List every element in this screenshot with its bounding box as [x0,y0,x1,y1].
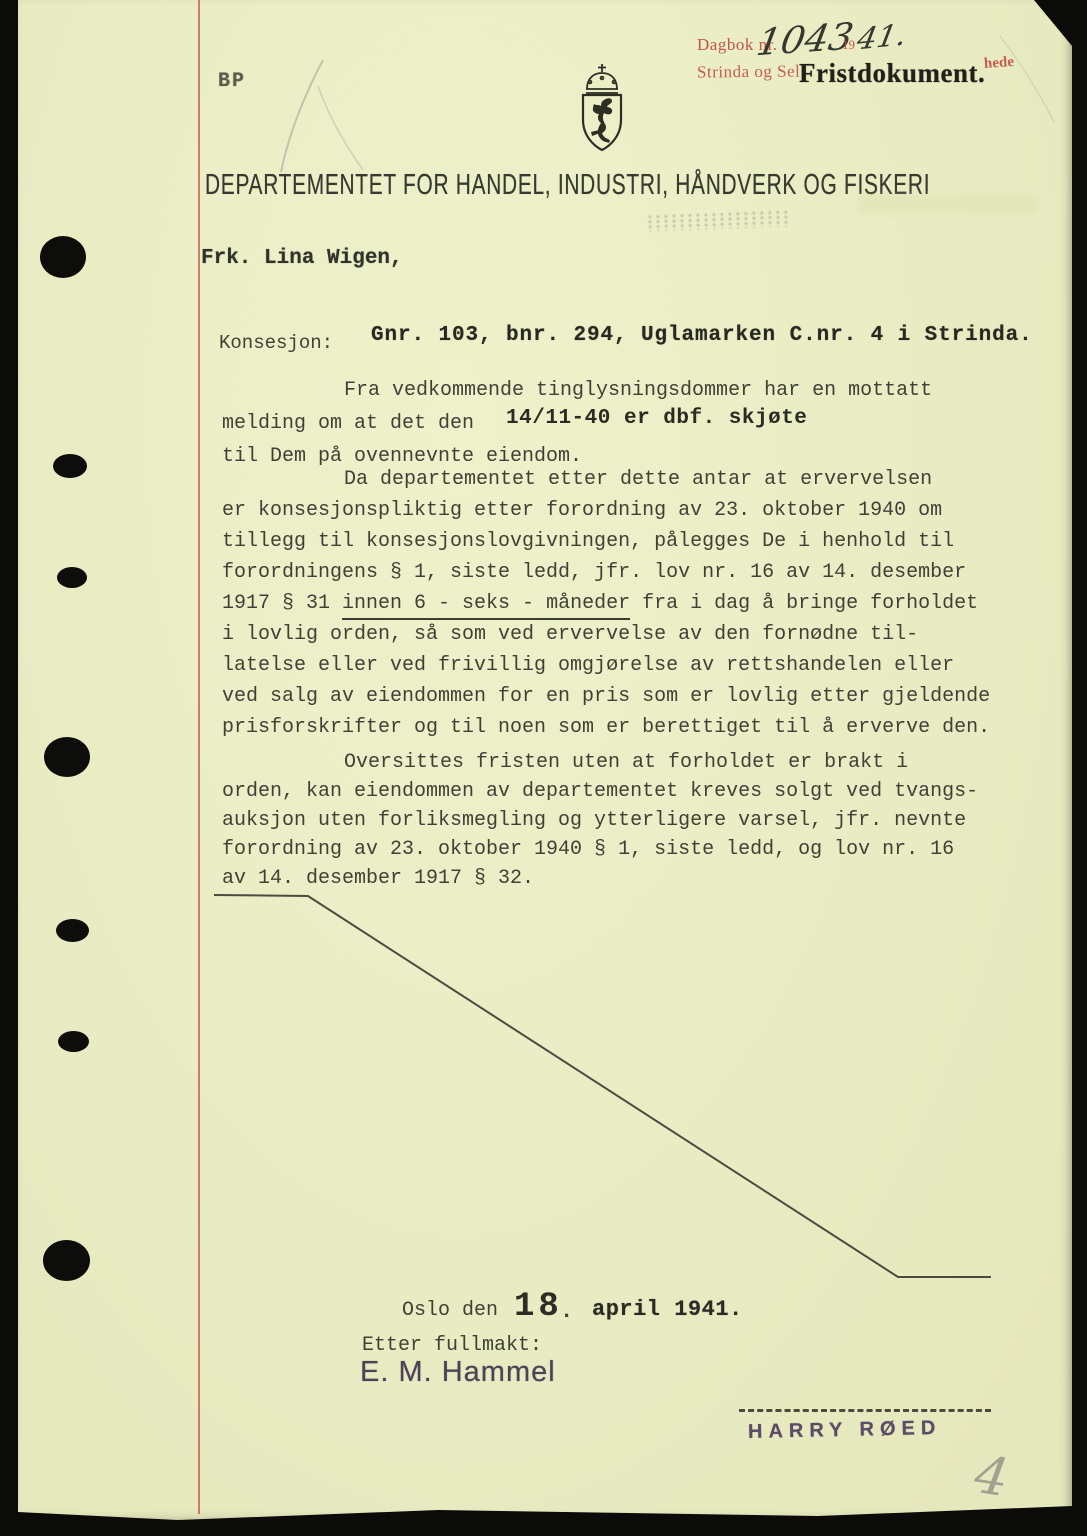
signature-name-stamp: E. M. Hammel [360,1356,556,1389]
recipient-name: Frk. Lina Wigen, [201,247,403,270]
underlined-deadline-phrase: innen 6 - seks - måneder [342,592,630,620]
punch-hole [43,1240,90,1281]
court-office-stamp-fragment: hede [983,54,1014,73]
body-line: Fra vedkommende tinglysningsdommer har e… [222,374,932,407]
punch-hole [58,1031,89,1052]
body-line: av 14. desember 1917 § 32. [222,864,978,893]
countersign-dashed-line [739,1409,991,1412]
frist-stamp: Fristdokument. [799,58,985,89]
body-line: er konsesjonspliktig etter forordning av… [222,495,990,526]
body-line-text: fra i dag å bringe forholdet [630,592,978,615]
body-line: Oversittes fristen uten at forholdet er … [222,748,978,777]
punch-hole [57,567,87,588]
countersign-name-stamp: HARRY RØED [748,1417,942,1444]
margin-rule-line [198,0,200,1514]
journal-year-printed: 19 [842,37,855,53]
clerk-initials: BP [218,70,246,93]
punch-hole [44,737,90,777]
department-letterhead: DEPARTEMENTET FOR HANDEL, INDUSTRI, HÅND… [205,169,930,202]
dateline-separator: . [560,1299,573,1324]
punch-hole [53,454,87,478]
body-line: prisforskrifter og til noen som er beret… [222,712,990,743]
subject-label: Konsesjon: [219,332,333,354]
body-line: latelse eller ved frivillig omgjørelse a… [222,650,990,681]
body-line-text: 1917 § 31 [222,592,342,615]
punch-hole [56,919,89,942]
body-line: orden, kan eiendommen av departementet k… [222,777,978,806]
faded-stamp-smudge [858,195,1038,213]
court-office-stamp-fragment: Strinda og Sel [697,61,801,82]
dateline-day: 18 [514,1288,563,1326]
body-line: melding om at det den14/11-40 er dbf. sk… [222,407,932,440]
body-line: tillegg til konsesjonslovgivningen, påle… [222,526,990,557]
body-paragraph: Fra vedkommende tinglysningsdommer har e… [222,374,932,473]
dateline-month-year: april 1941. [592,1297,743,1322]
punch-hole [40,236,86,278]
journal-year-handwritten: 41. [854,18,909,58]
body-line: forordning av 23. oktober 1940 § 1, sist… [222,835,978,864]
subject-property-value: Gnr. 103, bnr. 294, Uglamarken C.nr. 4 i… [371,324,1033,347]
body-line-text: melding om at det den [222,412,474,435]
body-paragraph: Oversittes fristen uten at forholdet er … [222,748,978,893]
body-paragraph: Da departementet etter dette antar at er… [222,464,990,743]
body-line: 1917 § 31 innen 6 - seks - måneder fra i… [222,588,990,619]
signature-authority-line: Etter fullmakt: [362,1334,542,1357]
body-line: auksjon uten forliksmegling og ytterlige… [222,806,978,835]
scanned-document: BP Dagbok nr. 1043 19 41. Strinda og Sel… [0,0,1087,1536]
dateline-place: Oslo den [402,1299,498,1322]
body-line: forordningens § 1, siste ledd, jfr. lov … [222,557,990,588]
body-line: i lovlig orden, så som ved ervervelse av… [222,619,990,650]
body-line: Da departementet etter dette antar at er… [222,464,990,495]
inserted-date-note: 14/11-40 er dbf. skjøte [506,407,807,430]
body-line: ved salg av eiendommen for en pris som e… [222,681,990,712]
